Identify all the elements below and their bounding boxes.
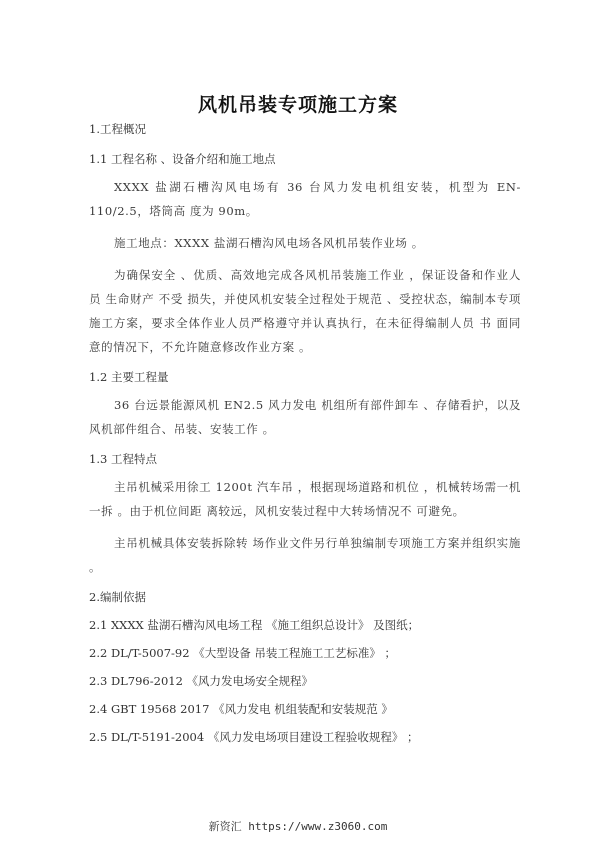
reference-item: 2.5 DL/T-5191-2004 《风力发电场项目建设工程验收规程》 ； (89, 729, 521, 745)
reference-item: 2.3 DL796-2012 《风力发电场安全规程》 (89, 673, 521, 689)
paragraph-construction-site: 施工地点：XXXX 盐湖石槽沟风电场各风机吊装作业场 。 (89, 231, 521, 255)
reference-item: 2.1 XXXX 盐湖石槽沟风电场工程 《施工组织总设计》 及图纸； (89, 617, 521, 633)
section-heading-1-1: 1.1 工程名称 、设备介绍和施工地点 (89, 151, 521, 167)
page-footer: 新资汇 https://www.z3060.com (0, 818, 596, 834)
section-heading-1-3: 1.3 工程特点 (89, 451, 521, 467)
paragraph-crane-relocation: 主吊机械具体安装拆除转 场作业文件另行单独编制专项施工方案并组织实施 。 (89, 531, 521, 579)
section-heading-1-2: 1.2 主要工程量 (89, 369, 521, 385)
paragraph-main-workload: 36 台远景能源风机 EN2.5 风力发电 机组所有部件卸车 、存储看护，以及风… (89, 393, 521, 441)
reference-item: 2.2 DL/T-5007-92 《大型设备 吊装工程施工工艺标准》 ； (89, 645, 521, 661)
paragraph-project-overview: XXXX 盐湖石槽沟风电场有 36 台风力发电机组安装，机型为 EN-110/2… (89, 175, 521, 223)
paragraph-safety-objective: 为确保安全 、优质、高效地完成各风机吊装施工作业 ，保证设备和作业人员 生命财产… (89, 263, 521, 359)
section-heading-2: 2.编制依据 (89, 589, 521, 605)
document-page: 风机吊装专项施工方案 1.工程概况 1.1 工程名称 、设备介绍和施工地点 XX… (0, 0, 596, 842)
reference-item: 2.4 GBT 19568 2017 《风力发电 机组装配和安装规范 》 (89, 701, 521, 717)
footer-url[interactable]: https://www.z3060.com (248, 820, 387, 833)
document-title: 风机吊装专项施工方案 (0, 90, 596, 117)
document-body: 1.工程概况 1.1 工程名称 、设备介绍和施工地点 XXXX 盐湖石槽沟风电场… (89, 121, 521, 745)
footer-brand: 新资汇 (209, 820, 242, 833)
paragraph-crane-features: 主吊机械采用徐工 1200t 汽车吊 ，根据现场道路和机位 ，机械转场需一机一拆… (89, 475, 521, 523)
section-heading-1: 1.工程概况 (89, 121, 521, 137)
reference-list: 2.1 XXXX 盐湖石槽沟风电场工程 《施工组织总设计》 及图纸； 2.2 D… (89, 617, 521, 745)
